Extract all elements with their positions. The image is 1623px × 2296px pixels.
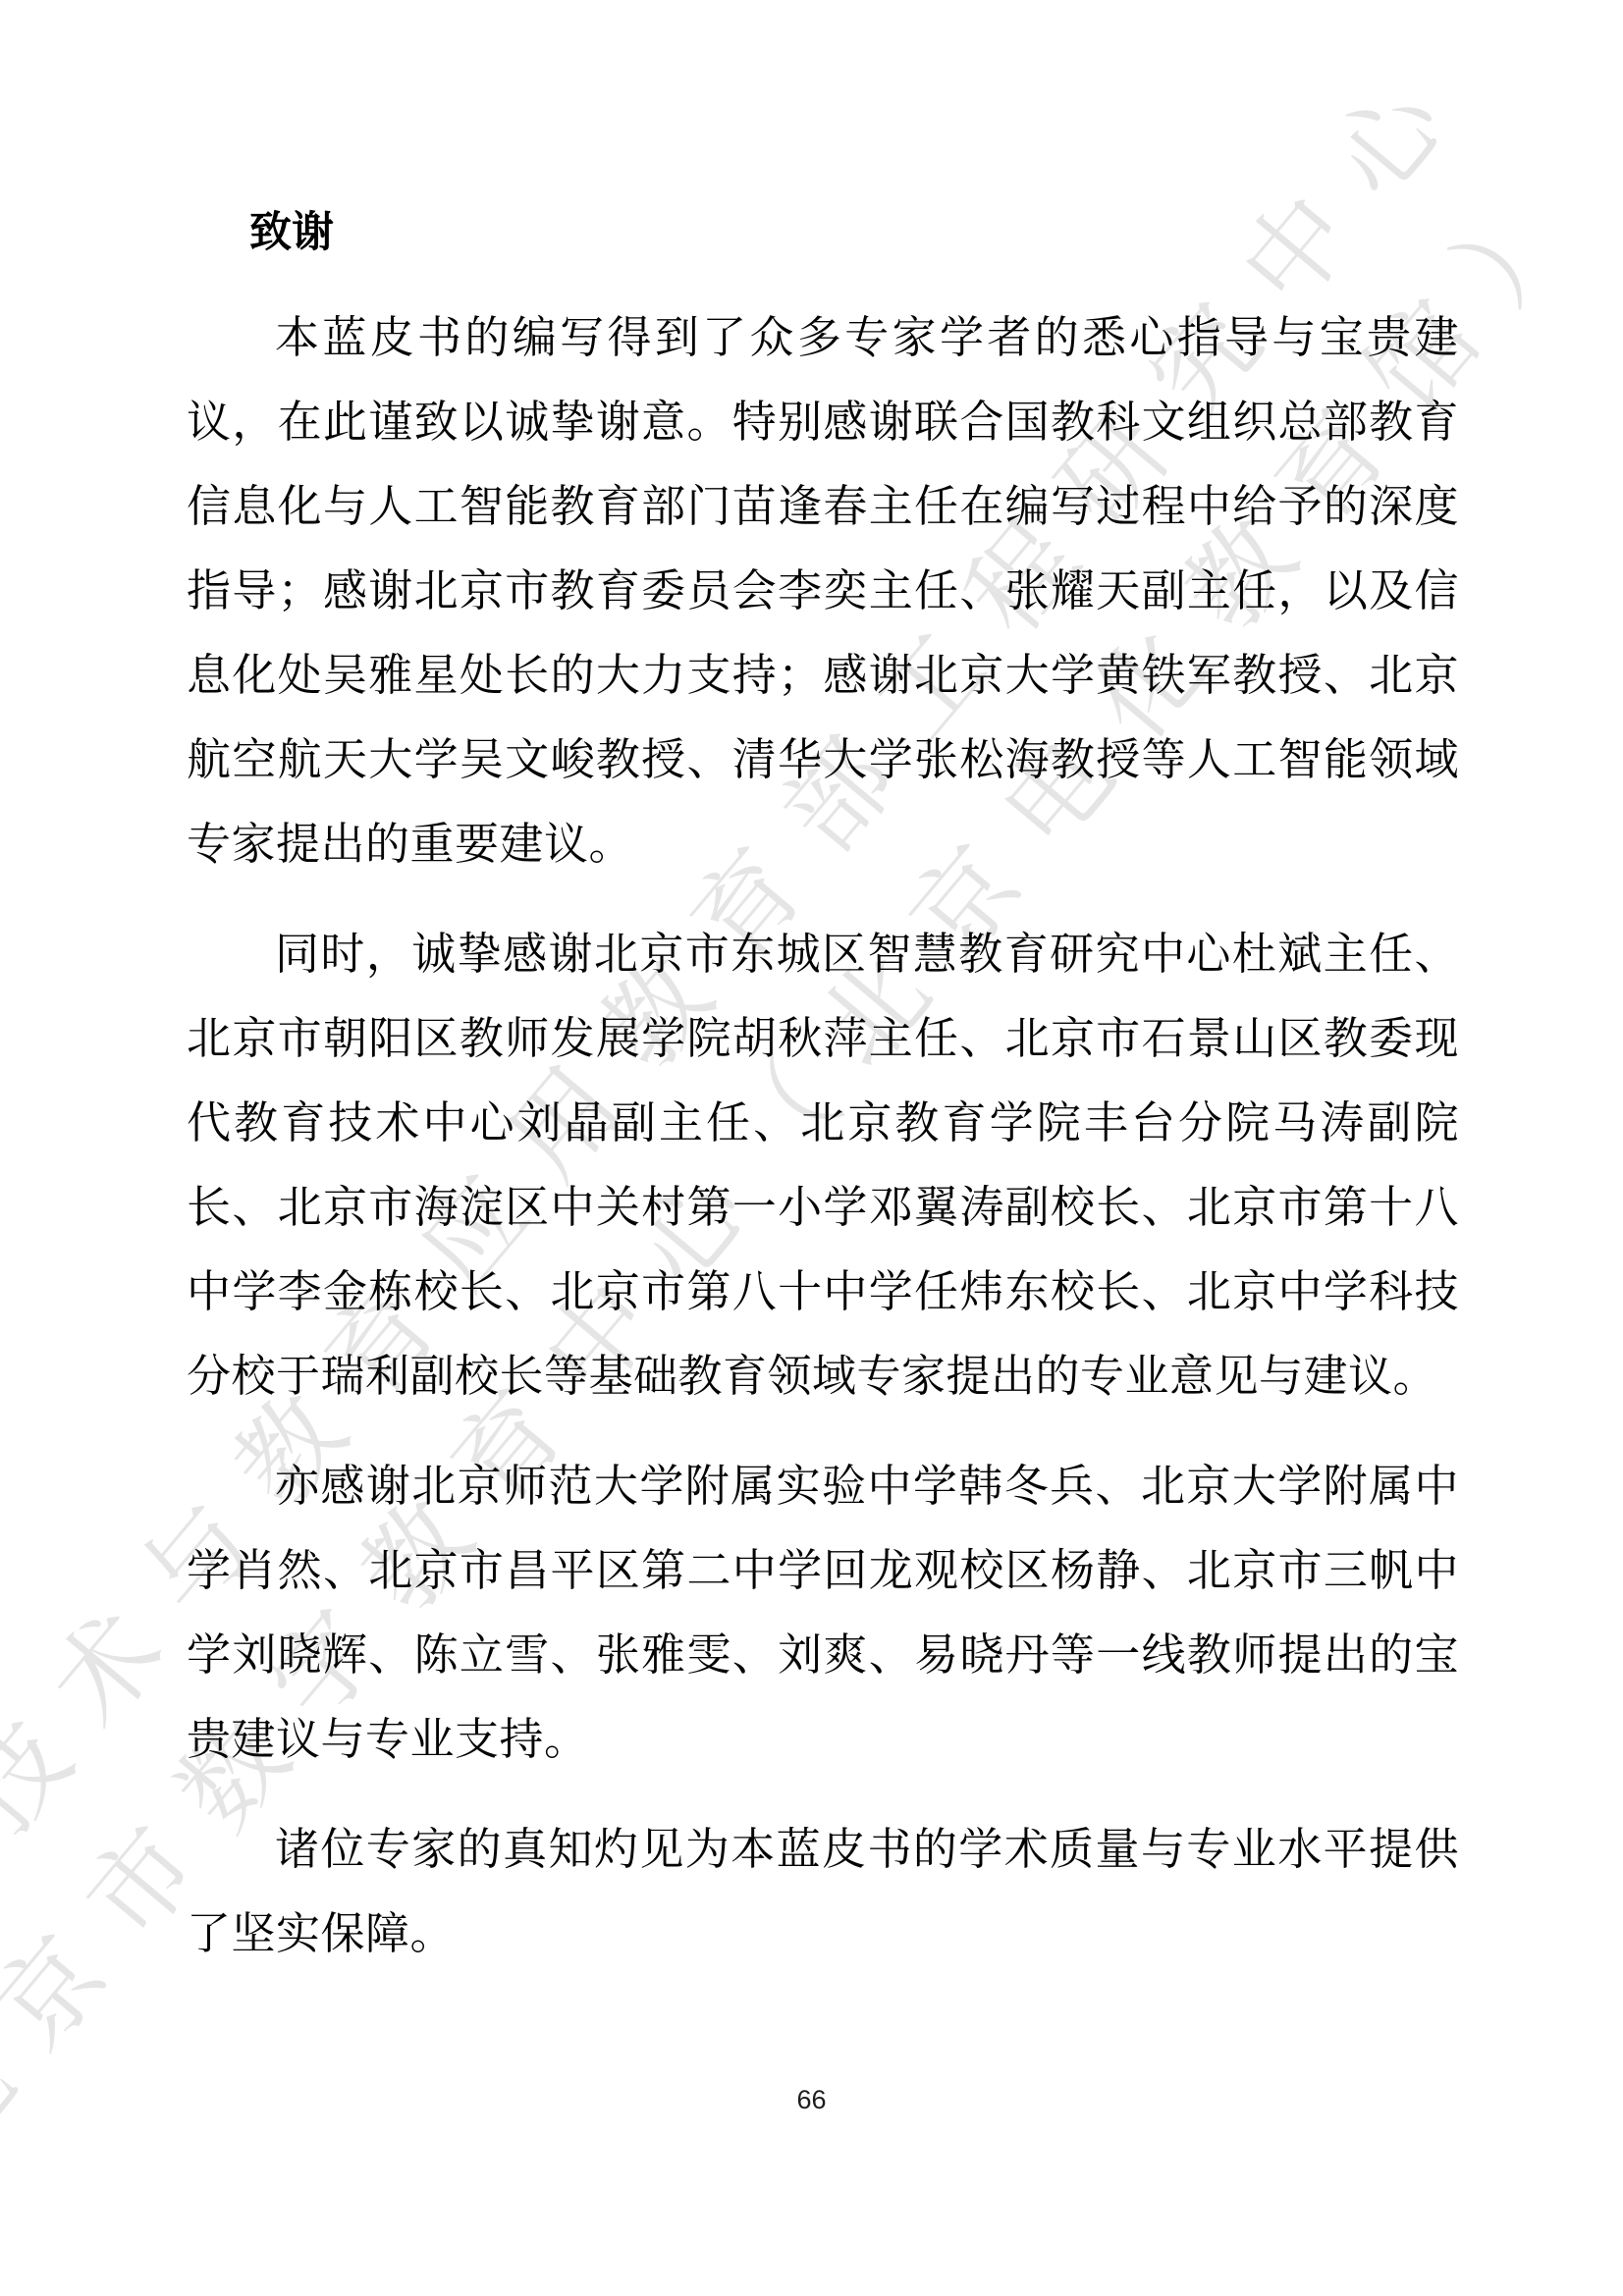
paragraph-4: 诸位专家的真知灼见为本蓝皮书的学术质量与专业水平提供了坚实保障。: [187, 1807, 1459, 1976]
paragraph-1: 本蓝皮书的编写得到了众多专家学者的悉心指导与宝贵建议，在此谨致以诚挚谢意。特别感…: [187, 295, 1459, 886]
paragraph-3: 亦感谢北京师范大学附属实验中学韩冬兵、北京大学附属中学肖然、北京市昌平区第二中学…: [187, 1444, 1459, 1782]
document-page: 智能技术与教育应用教育部工程研究中心 北京市数字教育中心（北京电化教育馆） 致谢…: [0, 0, 1623, 2296]
page-number: 66: [0, 2085, 1623, 2115]
page-content: 致谢 本蓝皮书的编写得到了众多专家学者的悉心指导与宝贵建议，在此谨致以诚挚谢意。…: [187, 0, 1459, 2002]
paragraph-2: 同时，诚挚感谢北京市东城区智慧教育研究中心杜斌主任、北京市朝阳区教师发展学院胡秋…: [187, 912, 1459, 1418]
section-title: 致谢: [249, 209, 1459, 256]
